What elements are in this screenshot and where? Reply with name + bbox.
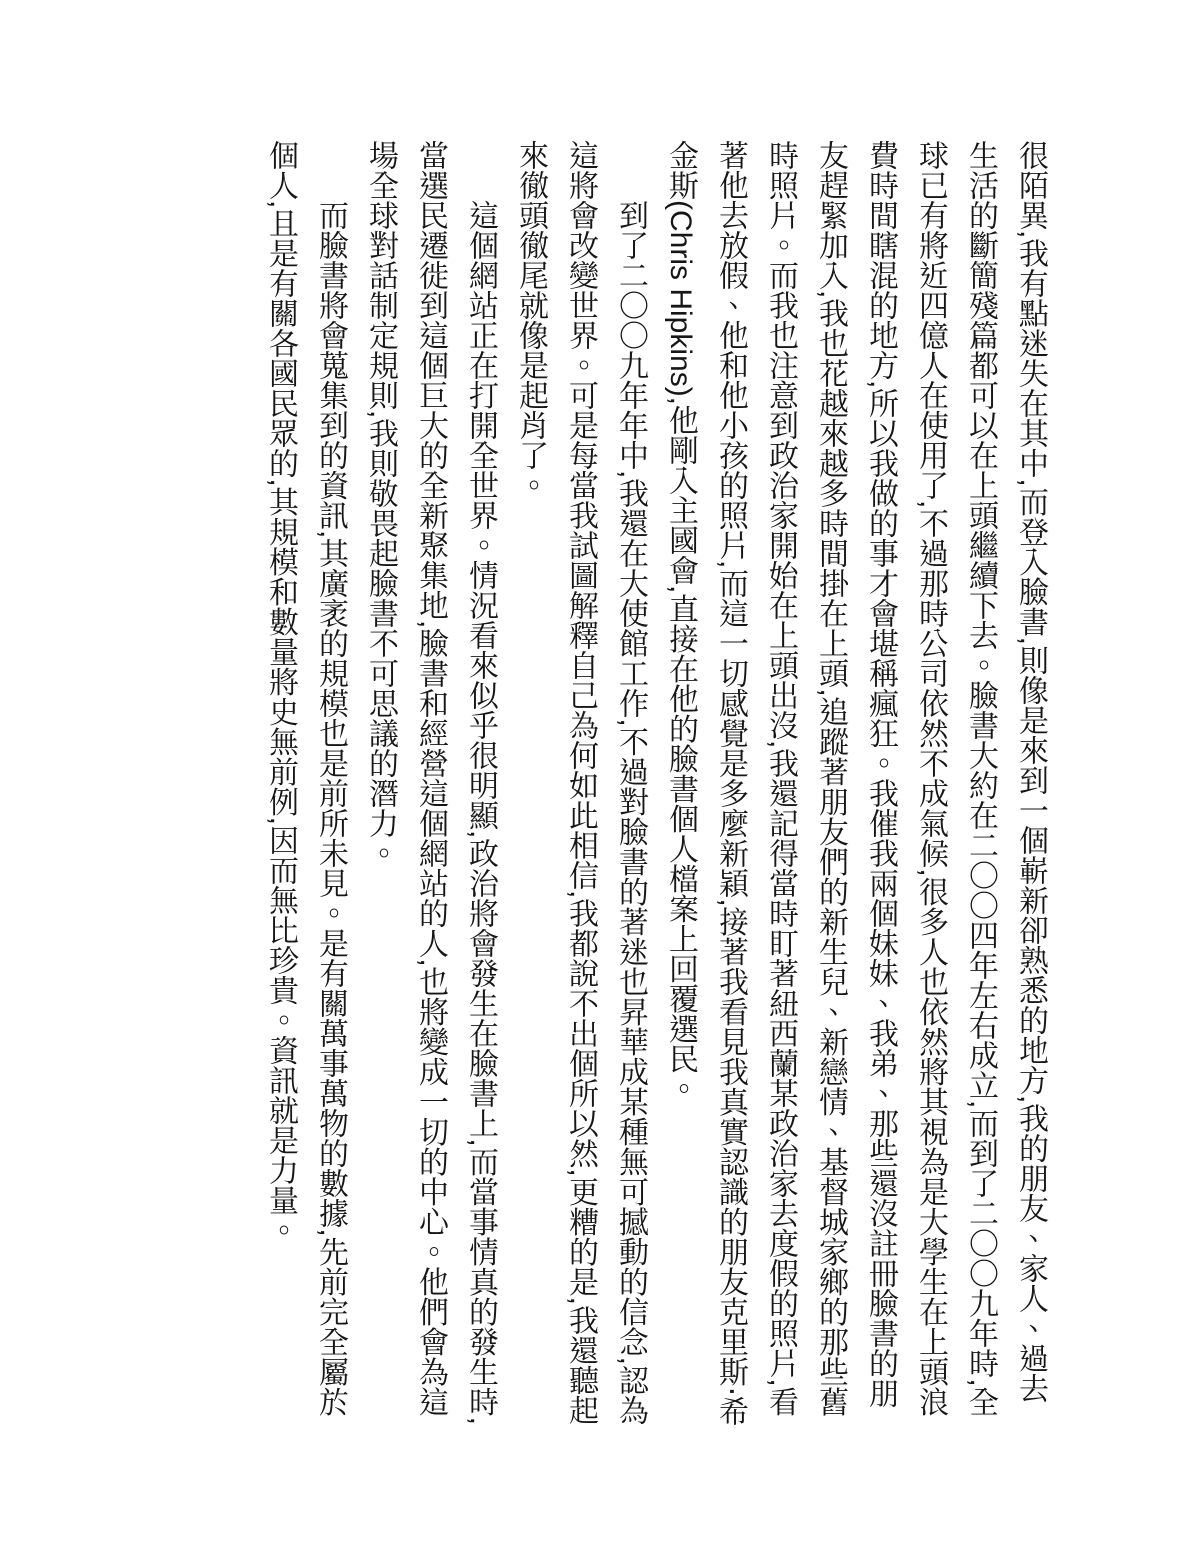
paragraph-4: 而臉書將會蒐集到的資訊,其廣袤的規模也是前所未見。是有關萬事萬物的數據,先前完全…: [255, 140, 355, 1432]
paragraph-2: 到了二〇〇九年年中,我還在大使館工作,不過對臉書的著迷也昇華成某種無可撼動的信念…: [505, 140, 655, 1432]
vertical-text-block: 很陌異,我有點迷失在其中,而登入臉書,則像是來到一個嶄新卻熟悉的地方,我的朋友、…: [255, 140, 1055, 1432]
paragraph-continuation: 很陌異,我有點迷失在其中,而登入臉書,則像是來到一個嶄新卻熟悉的地方,我的朋友、…: [655, 140, 1055, 1432]
paragraph-3: 這個網站正在打開全世界。情況看來似乎很明顯,政治將會發生在臉書上,而當事情真的發…: [355, 140, 505, 1432]
book-page: 很陌異,我有點迷失在其中,而登入臉書,則像是來到一個嶄新卻熟悉的地方,我的朋友、…: [0, 0, 1200, 1553]
